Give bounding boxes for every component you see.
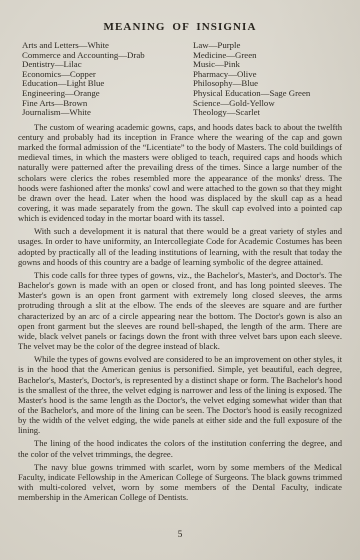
paragraph-history: The custom of wearing academic gowns, ca… — [18, 122, 342, 224]
document-page: MEANING OF INSIGNIA Arts and Letters—Whi… — [0, 0, 360, 560]
insignia-item: Journalism—White — [22, 108, 193, 118]
paragraph-hoods: While the types of gowns evolved are con… — [18, 354, 342, 435]
insignia-column-right: Law—Purple Medicine—Green Music—Pink Pha… — [193, 41, 342, 118]
paragraph-faculty-gowns: The navy blue gowns trimmed with scarlet… — [18, 462, 342, 503]
paragraph-lining: The lining of the hood indicates the col… — [18, 438, 342, 458]
paragraph-code-adoption: With such a development it is natural th… — [18, 226, 342, 267]
insignia-list: Arts and Letters—White Commerce and Acco… — [22, 41, 342, 118]
page-number: 5 — [0, 530, 360, 540]
page-title: MEANING OF INSIGNIA — [18, 21, 342, 33]
insignia-column-left: Arts and Letters—White Commerce and Acco… — [22, 41, 193, 118]
paragraph-gown-types: This code calls for three types of gowns… — [18, 270, 342, 351]
insignia-item: Theology—Scarlet — [193, 108, 342, 118]
body-text: The custom of wearing academic gowns, ca… — [18, 122, 342, 503]
